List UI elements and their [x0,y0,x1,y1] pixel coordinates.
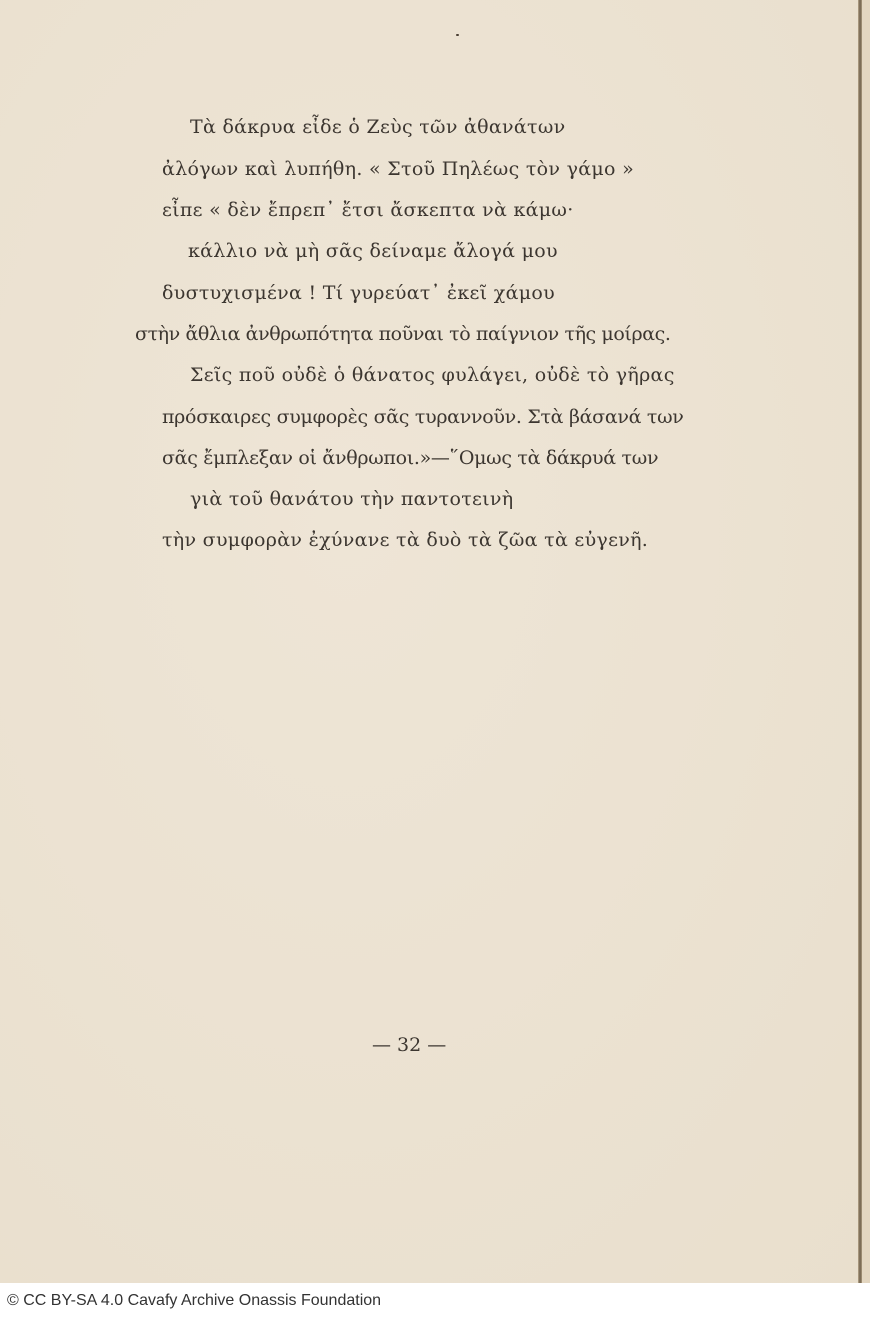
poem-line-6: στὴν ἄθλια ἀνθρωπότητα ποῦναι τὸ παίγνιο… [135,323,671,345]
poem-line-4: κάλλιο νὰ μὴ σᾶς δείναμε ἄλογά μου [188,240,558,262]
poem-line-10: γιὰ τοῦ θανάτου τὴν παντοτεινὴ [190,488,513,510]
page-number: — 32 — [372,1034,446,1056]
poem-line-2: ἀλόγων καὶ λυπήθη. « Στοῦ Πηλέως τὸν γάμ… [162,158,634,180]
ink-speck [456,34,459,36]
poem-line-7: Σεῖς ποῦ οὐδὲ ὁ θάνατος φυλάγει, οὐδὲ τὸ… [190,364,675,386]
poem-line-9: σᾶς ἔμπλεξαν οἱ ἄνθρωποι.»—῞Ομως τὰ δάκρ… [162,447,658,469]
poem-line-5: δυστυχισμένα ! Τί γυρεύατ᾽ ἐκεῖ χάμου [162,282,555,304]
page-binding-edge [858,0,862,1283]
adjacent-page-edge [862,0,870,1283]
poem-line-3: εἶπε « δὲν ἔπρεπ᾽ ἔτσι ἄσκεπτα νὰ κάμω· [162,199,574,221]
license-credit: © CC BY-SA 4.0 Cavafy Archive Onassis Fo… [7,1292,381,1310]
credit-footer: © CC BY-SA 4.0 Cavafy Archive Onassis Fo… [0,1283,870,1321]
poem-line-1: Τὰ δάκρυα εἶδε ὁ Ζεὺς τῶν ἀθανάτων [190,116,565,138]
scanned-book-page: Τὰ δάκρυα εἶδε ὁ Ζεὺς τῶν ἀθανάτων ἀλόγω… [0,0,870,1283]
poem-line-8: πρόσκαιρες συμφορὲς σᾶς τυραννοῦν. Στὰ β… [162,406,684,428]
poem-line-11: τὴν συμφορὰν ἐχύνανε τὰ δυὸ τὰ ζῶα τὰ εὐ… [162,529,648,551]
